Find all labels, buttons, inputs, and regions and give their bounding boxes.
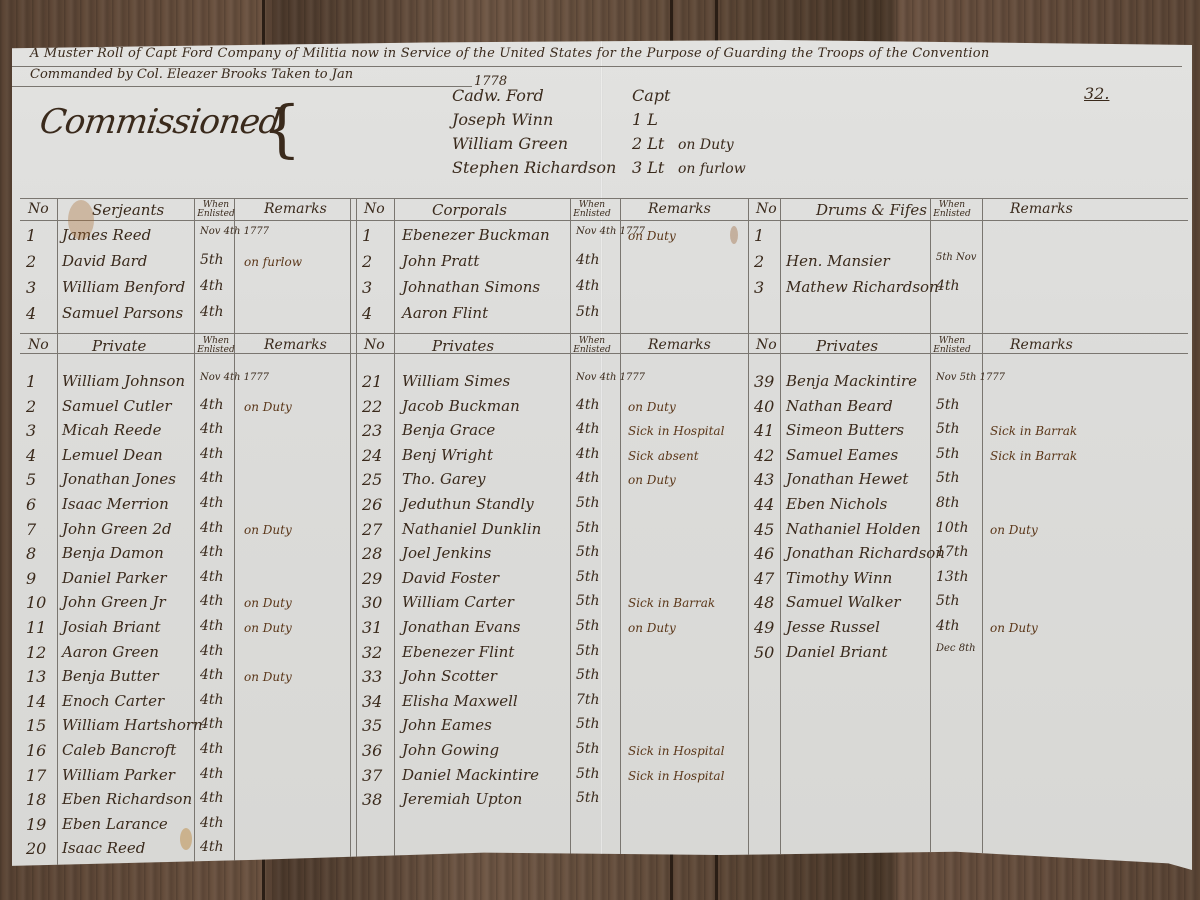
header-enlisted: When Enlisted bbox=[930, 201, 974, 219]
row-name: Ebenezer Flint bbox=[402, 643, 514, 661]
row-number: 7 bbox=[26, 520, 36, 539]
rule bbox=[20, 220, 1188, 221]
header-no: No bbox=[28, 201, 49, 217]
row-name: Mathew Richardson bbox=[786, 278, 939, 296]
officer-rank: Capt bbox=[632, 86, 670, 105]
row-enlisted-date: 5th bbox=[576, 495, 600, 511]
row-number: 42 bbox=[754, 446, 774, 465]
row-enlisted-date: 4th bbox=[936, 618, 960, 634]
row-number: 1 bbox=[26, 372, 36, 391]
row-name: Benja Butter bbox=[62, 667, 159, 685]
row-number: 4 bbox=[26, 446, 36, 465]
rule bbox=[570, 198, 571, 866]
row-name: Elisha Maxwell bbox=[402, 692, 518, 710]
row-remark: on Duty bbox=[244, 400, 292, 414]
header-no: No bbox=[756, 337, 777, 353]
row-number: 29 bbox=[362, 569, 382, 588]
row-number: 47 bbox=[754, 569, 774, 588]
row-name: Isaac Reed bbox=[62, 839, 145, 857]
rule bbox=[356, 198, 357, 866]
officer-rank: 2 Lt bbox=[632, 134, 664, 153]
row-number: 22 bbox=[362, 397, 382, 416]
row-number: 3 bbox=[754, 278, 764, 297]
row-name: Jeduthun Standly bbox=[402, 495, 534, 513]
row-name: Eben Larance bbox=[62, 815, 168, 833]
row-name: Nathaniel Holden bbox=[786, 520, 921, 538]
row-number: 25 bbox=[362, 470, 382, 489]
row-name: Isaac Merrion bbox=[62, 495, 169, 513]
row-enlisted-date: 4th bbox=[200, 790, 224, 806]
row-name: Aaron Flint bbox=[402, 304, 488, 322]
document-title-line-1: A Muster Roll of Capt Ford Company of Mi… bbox=[30, 46, 989, 61]
header-remarks: Remarks bbox=[1010, 337, 1073, 353]
row-enlisted-date: 13th bbox=[936, 569, 968, 585]
row-name: Eben Richardson bbox=[62, 790, 192, 808]
header-name: Privates bbox=[432, 337, 494, 355]
officer-rank: 1 L bbox=[632, 110, 658, 129]
row-enlisted-date: 4th bbox=[936, 278, 960, 294]
row-remark: on Duty bbox=[244, 596, 292, 610]
row-name: Daniel Mackintire bbox=[402, 766, 539, 784]
rule bbox=[620, 198, 621, 866]
row-name: Nathaniel Dunklin bbox=[402, 520, 541, 538]
row-enlisted-date: Dec 8th bbox=[936, 643, 976, 654]
row-enlisted-date: 4th bbox=[576, 446, 600, 462]
row-enlisted-date: 4th bbox=[200, 470, 224, 486]
row-number: 49 bbox=[754, 618, 774, 637]
row-remark: on Duty bbox=[244, 621, 292, 635]
header-no: No bbox=[364, 337, 385, 353]
row-enlisted-date: 5th bbox=[200, 252, 224, 268]
header-enlisted: When Enlisted bbox=[570, 337, 614, 355]
row-name: Josiah Briant bbox=[62, 618, 161, 636]
officer-name: Stephen Richardson bbox=[452, 158, 616, 177]
row-name: John Green 2d bbox=[62, 520, 172, 538]
header-no: No bbox=[28, 337, 49, 353]
row-number: 37 bbox=[362, 766, 382, 785]
row-enlisted-date: 4th bbox=[200, 397, 224, 413]
row-enlisted-date: 10th bbox=[936, 520, 968, 536]
rule bbox=[57, 198, 58, 866]
row-name: John Green Jr bbox=[62, 593, 166, 611]
header-remarks: Remarks bbox=[648, 201, 711, 217]
row-enlisted-date: 5th bbox=[576, 667, 600, 683]
row-name: Jesse Russel bbox=[786, 618, 880, 636]
row-enlisted-date: 4th bbox=[200, 278, 224, 294]
header-remarks: Remarks bbox=[648, 337, 711, 353]
row-enlisted-date: 4th bbox=[576, 397, 600, 413]
row-name: Enoch Carter bbox=[62, 692, 164, 710]
row-name: Daniel Briant bbox=[786, 643, 888, 661]
row-enlisted-date: 5th bbox=[576, 618, 600, 634]
header-no: No bbox=[364, 201, 385, 217]
row-number: 17 bbox=[26, 766, 46, 785]
row-name: Jonathan Richardson bbox=[786, 544, 945, 562]
row-enlisted-date: 4th bbox=[200, 569, 224, 585]
row-enlisted-date: 4th bbox=[576, 470, 600, 486]
row-number: 2 bbox=[362, 252, 372, 271]
row-number: 24 bbox=[362, 446, 382, 465]
row-name: Jacob Buckman bbox=[402, 397, 520, 415]
row-number: 26 bbox=[362, 495, 382, 514]
row-number: 2 bbox=[26, 397, 36, 416]
row-enlisted-date: 5th bbox=[936, 421, 960, 437]
row-enlisted-date: 7th bbox=[576, 692, 600, 708]
row-number: 35 bbox=[362, 716, 382, 735]
row-number: 23 bbox=[362, 421, 382, 440]
row-number: 41 bbox=[754, 421, 774, 440]
row-name: Jonathan Evans bbox=[402, 618, 520, 636]
officer-name: Joseph Winn bbox=[452, 110, 553, 129]
rule bbox=[982, 198, 983, 866]
row-name: Nathan Beard bbox=[786, 397, 893, 415]
row-number: 2 bbox=[754, 252, 764, 271]
row-enlisted-date: 5th bbox=[576, 593, 600, 609]
row-enlisted-date: 5th bbox=[576, 544, 600, 560]
row-number: 45 bbox=[754, 520, 774, 539]
row-remark: Sick in Barrak bbox=[990, 424, 1077, 438]
row-number: 3 bbox=[362, 278, 372, 297]
row-number: 11 bbox=[26, 618, 46, 637]
row-name: Joel Jenkins bbox=[402, 544, 491, 562]
row-number: 1 bbox=[362, 226, 372, 245]
row-name: Aaron Green bbox=[62, 643, 159, 661]
row-number: 48 bbox=[754, 593, 774, 612]
row-enlisted-date: 4th bbox=[200, 421, 224, 437]
row-enlisted-date: 5th bbox=[576, 716, 600, 732]
row-number: 10 bbox=[26, 593, 46, 612]
row-number: 8 bbox=[26, 544, 36, 563]
row-remark: on Duty bbox=[628, 229, 676, 243]
row-enlisted-date: Nov 4th 1777 bbox=[200, 372, 269, 383]
row-enlisted-date: 4th bbox=[200, 495, 224, 511]
row-number: 39 bbox=[754, 372, 774, 391]
rule bbox=[350, 198, 351, 866]
row-number: 15 bbox=[26, 716, 46, 735]
row-number: 2 bbox=[26, 252, 36, 271]
row-remark: on furlow bbox=[244, 255, 302, 269]
rule bbox=[234, 198, 235, 866]
header-remarks: Remarks bbox=[264, 337, 327, 353]
row-number: 46 bbox=[754, 544, 774, 563]
rule bbox=[12, 86, 472, 87]
row-name: Samuel Parsons bbox=[62, 304, 183, 322]
row-enlisted-date: 4th bbox=[576, 421, 600, 437]
row-name: Samuel Walker bbox=[786, 593, 901, 611]
officer-remark: on Duty bbox=[678, 137, 734, 153]
row-enlisted-date: 4th bbox=[200, 766, 224, 782]
header-name: Serjeants bbox=[92, 201, 164, 219]
row-number: 28 bbox=[362, 544, 382, 563]
muster-roll-sheet: A Muster Roll of Capt Ford Company of Mi… bbox=[12, 40, 1192, 870]
row-enlisted-date: 4th bbox=[200, 544, 224, 560]
header-enlisted: When Enlisted bbox=[194, 201, 238, 219]
row-enlisted-date: Nov 5th 1777 bbox=[936, 372, 1005, 383]
row-name: Eben Nichols bbox=[786, 495, 887, 513]
row-name: William Johnson bbox=[62, 372, 185, 390]
row-name: Daniel Parker bbox=[62, 569, 167, 587]
header-no: No bbox=[756, 201, 777, 217]
row-name: William Simes bbox=[402, 372, 510, 390]
row-number: 36 bbox=[362, 741, 382, 760]
rule bbox=[748, 198, 749, 866]
row-enlisted-date: 5th bbox=[936, 397, 960, 413]
commissioned-label: Commissioned bbox=[37, 102, 282, 142]
row-remark: Sick in Hospital bbox=[628, 744, 724, 758]
row-name: William Benford bbox=[62, 278, 185, 296]
row-enlisted-date: 4th bbox=[200, 692, 224, 708]
row-enlisted-date: 17th bbox=[936, 544, 968, 560]
row-name: Jeremiah Upton bbox=[402, 790, 522, 808]
row-enlisted-date: 4th bbox=[200, 667, 224, 683]
row-enlisted-date: 4th bbox=[200, 741, 224, 757]
row-name: Benj Wright bbox=[402, 446, 493, 464]
row-number: 4 bbox=[26, 304, 36, 323]
row-name: Lemuel Dean bbox=[62, 446, 163, 464]
row-enlisted-date: 5th bbox=[936, 593, 960, 609]
row-enlisted-date: 5th bbox=[576, 741, 600, 757]
row-remark: Sick in Hospital bbox=[628, 424, 724, 438]
row-enlisted-date: 4th bbox=[200, 618, 224, 634]
row-enlisted-date: 5th bbox=[576, 790, 600, 806]
row-number: 34 bbox=[362, 692, 382, 711]
row-enlisted-date: 4th bbox=[200, 815, 224, 831]
row-number: 50 bbox=[754, 643, 774, 662]
rule bbox=[20, 333, 1188, 334]
header-name: Private bbox=[92, 337, 146, 355]
row-number: 12 bbox=[26, 643, 46, 662]
ink-stain bbox=[730, 226, 738, 244]
officer-rank: 3 Lt bbox=[632, 158, 664, 177]
row-remark: Sick in Hospital bbox=[628, 769, 724, 783]
row-remark: on Duty bbox=[990, 621, 1038, 635]
row-number: 38 bbox=[362, 790, 382, 809]
row-number: 13 bbox=[26, 667, 46, 686]
row-number: 3 bbox=[26, 421, 36, 440]
row-enlisted-date: Nov 4th 1777 bbox=[200, 226, 269, 237]
row-number: 33 bbox=[362, 667, 382, 686]
row-remark: Sick in Barrak bbox=[628, 596, 715, 610]
officer-name: William Green bbox=[452, 134, 568, 153]
header-name: Corporals bbox=[432, 201, 507, 219]
row-enlisted-date: 4th bbox=[200, 446, 224, 462]
row-number: 1 bbox=[754, 226, 764, 245]
row-name: John Scotter bbox=[402, 667, 497, 685]
row-name: William Parker bbox=[62, 766, 175, 784]
header-enlisted: When Enlisted bbox=[570, 201, 614, 219]
row-name: William Hartshorn bbox=[62, 716, 203, 734]
row-name: William Carter bbox=[402, 593, 514, 611]
row-name: Timothy Winn bbox=[786, 569, 892, 587]
row-enlisted-date: 8th bbox=[936, 495, 960, 511]
header-name: Drums & Fifes bbox=[816, 201, 927, 219]
row-name: John Gowing bbox=[402, 741, 499, 759]
row-enlisted-date: 5th bbox=[576, 766, 600, 782]
officer-name: Cadw. Ford bbox=[452, 86, 544, 105]
row-number: 14 bbox=[26, 692, 46, 711]
brace-icon: { bbox=[262, 98, 301, 160]
row-name: Caleb Bancroft bbox=[62, 741, 176, 759]
row-remark: on Duty bbox=[628, 400, 676, 414]
row-enlisted-date: 5th bbox=[576, 569, 600, 585]
header-remarks: Remarks bbox=[1010, 201, 1073, 217]
row-name: Benja Damon bbox=[62, 544, 164, 562]
row-number: 31 bbox=[362, 618, 382, 637]
row-name: Hen. Mansier bbox=[786, 252, 890, 270]
row-remark: on Duty bbox=[244, 523, 292, 537]
row-enlisted-date: 4th bbox=[200, 716, 224, 732]
row-name: Jonathan Hewet bbox=[786, 470, 908, 488]
row-remark: on Duty bbox=[628, 621, 676, 635]
officer-remark: on furlow bbox=[678, 161, 746, 177]
row-number: 9 bbox=[26, 569, 36, 588]
row-name: Johnathan Simons bbox=[402, 278, 540, 296]
row-number: 19 bbox=[26, 815, 46, 834]
row-enlisted-date: 4th bbox=[576, 252, 600, 268]
rule bbox=[930, 198, 931, 866]
row-enlisted-date: Nov 4th 1777 bbox=[576, 372, 645, 383]
row-name: John Pratt bbox=[402, 252, 479, 270]
row-name: Simeon Butters bbox=[786, 421, 904, 439]
row-enlisted-date: 5th bbox=[576, 643, 600, 659]
row-number: 27 bbox=[362, 520, 382, 539]
row-number: 40 bbox=[754, 397, 774, 416]
ink-stain bbox=[180, 828, 192, 850]
row-number: 5 bbox=[26, 470, 36, 489]
row-remark: on Duty bbox=[990, 523, 1038, 537]
row-number: 43 bbox=[754, 470, 774, 489]
row-remark: Sick absent bbox=[628, 449, 699, 463]
rule bbox=[780, 198, 781, 866]
rule bbox=[394, 198, 395, 866]
row-enlisted-date: 4th bbox=[200, 593, 224, 609]
header-enlisted: When Enlisted bbox=[930, 337, 974, 355]
header-enlisted: When Enlisted bbox=[194, 337, 238, 355]
row-name: Jonathan Jones bbox=[62, 470, 176, 488]
row-number: 44 bbox=[754, 495, 774, 514]
rule bbox=[194, 198, 195, 866]
header-remarks: Remarks bbox=[264, 201, 327, 217]
header-name: Privates bbox=[816, 337, 878, 355]
row-name: Micah Reede bbox=[62, 421, 161, 439]
row-number: 3 bbox=[26, 278, 36, 297]
row-number: 30 bbox=[362, 593, 382, 612]
row-name: Ebenezer Buckman bbox=[402, 226, 550, 244]
row-name: David Bard bbox=[62, 252, 147, 270]
row-name: Samuel Eames bbox=[786, 446, 898, 464]
row-enlisted-date: 4th bbox=[576, 278, 600, 294]
row-number: 18 bbox=[26, 790, 46, 809]
row-number: 1 bbox=[26, 226, 36, 245]
row-enlisted-date: 4th bbox=[200, 520, 224, 536]
row-name: Benja Mackintire bbox=[786, 372, 917, 390]
rule bbox=[20, 198, 1188, 199]
row-number: 16 bbox=[26, 741, 46, 760]
row-name: Tho. Garey bbox=[402, 470, 485, 488]
row-number: 21 bbox=[362, 372, 382, 391]
row-number: 32 bbox=[362, 643, 382, 662]
row-remark: on Duty bbox=[628, 473, 676, 487]
row-enlisted-date: 5th bbox=[576, 520, 600, 536]
row-enlisted-date: 5th Nov bbox=[936, 252, 976, 263]
row-name: John Eames bbox=[402, 716, 492, 734]
row-enlisted-date: 5th bbox=[936, 446, 960, 462]
row-enlisted-date: 4th bbox=[200, 839, 224, 855]
row-number: 20 bbox=[26, 839, 46, 858]
row-enlisted-date: 5th bbox=[576, 304, 600, 320]
row-name: Samuel Cutler bbox=[62, 397, 172, 415]
row-number: 6 bbox=[26, 495, 36, 514]
row-number: 4 bbox=[362, 304, 372, 323]
row-remark: on Duty bbox=[244, 670, 292, 684]
row-name: Benja Grace bbox=[402, 421, 495, 439]
row-enlisted-date: 5th bbox=[936, 470, 960, 486]
row-remark: Sick in Barrak bbox=[990, 449, 1077, 463]
row-enlisted-date: 4th bbox=[200, 643, 224, 659]
document-title-line-2: Commanded by Col. Eleazer Brooks Taken t… bbox=[30, 67, 353, 82]
page-number: 32. bbox=[1084, 84, 1109, 103]
row-enlisted-date: 4th bbox=[200, 304, 224, 320]
ink-stain bbox=[68, 200, 94, 240]
row-name: David Foster bbox=[402, 569, 499, 587]
